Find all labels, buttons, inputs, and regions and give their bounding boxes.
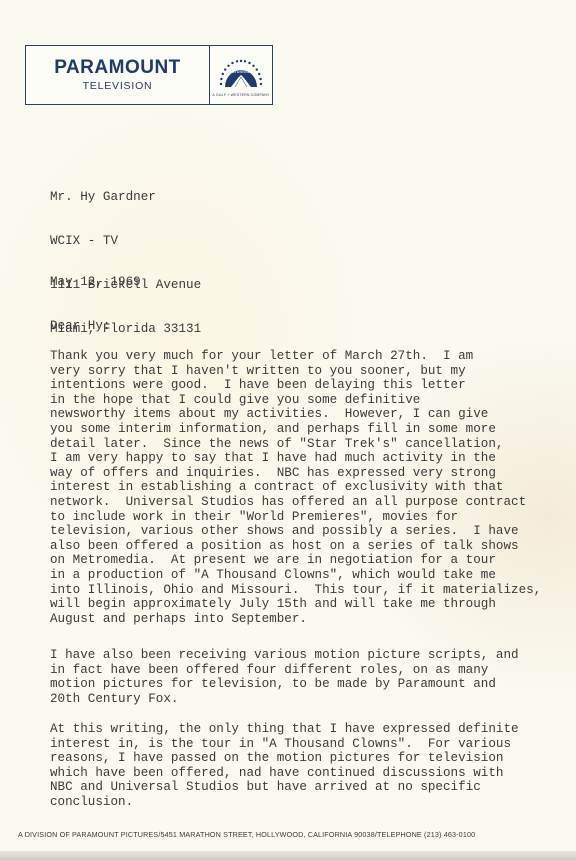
body-line: NBC and Universal Studios but have arriv… <box>50 780 519 795</box>
svg-text:Paramount: Paramount <box>228 69 254 75</box>
salutation: Dear Hy: <box>50 319 110 334</box>
body-line: television, various other shows and poss… <box>50 524 541 539</box>
body-line: intentions were good. I have been delayi… <box>50 378 541 393</box>
body-line: 20th Century Fox. <box>50 692 519 707</box>
letterhead: PARAMOUNT TELEVISION Paramount A GULF + … <box>25 45 273 105</box>
body-line: very sorry that I haven't written to you… <box>50 364 541 379</box>
mountain-logo-icon: Paramount <box>218 54 264 92</box>
body-line: way of offers and inquiries. NBC has exp… <box>50 466 541 481</box>
body-line: interest in, is the tour in "A Thousand … <box>50 737 519 752</box>
body-line: motion pictures for television, to be ma… <box>50 677 519 692</box>
body-line: reasons, I have passed on the motion pic… <box>50 751 519 766</box>
body-paragraph-2: I have also been receiving various motio… <box>50 648 519 706</box>
address-line: Mr. Hy Gardner <box>50 190 201 205</box>
body-paragraph-3: At this writing, the only thing that I h… <box>50 722 519 810</box>
body-line: Thank you very much for your letter of M… <box>50 349 541 364</box>
body-line: to include work in their "World Premiere… <box>50 510 541 525</box>
body-line: At this writing, the only thing that I h… <box>50 722 519 737</box>
body-line: in fact have been offered four different… <box>50 663 519 678</box>
body-line: I have also been receiving various motio… <box>50 648 519 663</box>
page-bottom-edge <box>0 851 576 860</box>
body-line: conclusion. <box>50 795 519 810</box>
body-line: into Illinois, Ohio and Missouri. This t… <box>50 583 541 598</box>
body-line: August and perhaps into September. <box>50 612 541 627</box>
body-line: interest in establishing a contract of e… <box>50 480 541 495</box>
body-line: in a production of "A Thousand Clowns", … <box>50 568 541 583</box>
body-line: in the hope that I could give you some d… <box>50 393 541 408</box>
letterhead-wordmark: PARAMOUNT TELEVISION <box>26 46 210 104</box>
paramount-logo: Paramount A GULF + WESTERN COMPANY <box>210 46 272 104</box>
body-line: which have been offered, nad have contin… <box>50 766 519 781</box>
body-line: you some interim information, and perhap… <box>50 422 541 437</box>
letter-date: May 12, 1969 <box>50 275 141 290</box>
body-line: will begin approximately July 15th and w… <box>50 597 541 612</box>
logo-tagline: A GULF + WESTERN COMPANY <box>212 93 269 97</box>
body-line: I am very happy to say that I have had m… <box>50 451 541 466</box>
body-line: newsworthy items about my activities. Ho… <box>50 407 541 422</box>
body-line: on Metromedia. At present we are in nego… <box>50 553 541 568</box>
brand-name: PARAMOUNT <box>54 58 181 78</box>
body-line: detail later. Since the news of "Star Tr… <box>50 437 541 452</box>
letterhead-footer: A DIVISION OF PARAMOUNT PICTURES/5451 MA… <box>18 830 475 839</box>
division-name: TELEVISION <box>83 80 153 92</box>
address-line: WCIX - TV <box>50 234 201 249</box>
body-line: also been offered a position as host on … <box>50 539 541 554</box>
body-paragraph-1: Thank you very much for your letter of M… <box>50 349 541 626</box>
body-line: network. Universal Studios has offered a… <box>50 495 541 510</box>
